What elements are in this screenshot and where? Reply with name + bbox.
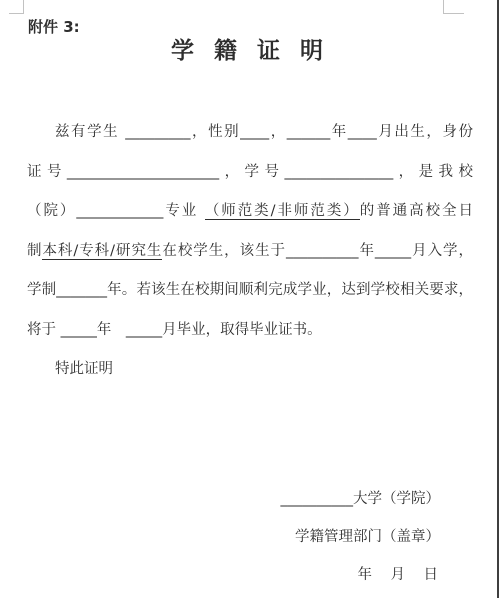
body-line-4: 制本科/专科/研究生在校学生，该生于__________年_____月入学， xyxy=(27,232,473,272)
signature-university-line: __________大学（学院） xyxy=(0,480,440,518)
certificate-page: 附件 3: 学 籍 证 明 兹有学生 _________，性别____，____… xyxy=(0,0,500,598)
document-title: 学 籍 证 明 xyxy=(0,36,500,66)
certificate-body-paragraph: 兹有学生 _________，性别____，______年____月出生，身份证… xyxy=(27,113,473,390)
text-segment: 在校学生，该生于__________年_____月入学， xyxy=(162,243,473,259)
signature-block: __________大学（学院） 学籍管理部门（盖章） 年 月 日 xyxy=(0,480,500,594)
text-segment: 兹有学生 _________，性别____，______年____月出生，身份 xyxy=(55,124,473,140)
underlined-text-segment: （师范类/非师范类） xyxy=(205,203,360,220)
body-line-3: （院）____________专业 （师范类/非师范类）的普通高校全日 xyxy=(27,192,473,232)
text-segment: 的普通高校全日 xyxy=(360,203,473,219)
text-segment: 特此证明 xyxy=(55,361,113,377)
body-line-2: 证号_____________________，学号______________… xyxy=(27,153,473,193)
text-segment: 证号_____________________，学号______________… xyxy=(27,164,473,180)
text-segment: 制 xyxy=(27,243,42,259)
text-segment: （院）____________专业 xyxy=(27,203,205,219)
body-line-6: 将于 _____年 _____月毕业，取得毕业证书。 xyxy=(27,311,473,351)
body-line-7: 特此证明 xyxy=(27,350,473,390)
signature-date-line: 年 月 日 xyxy=(0,556,440,594)
text-segment: 学制_______年。若该生在校期间顺利完成学业，达到学校相关要求， xyxy=(27,282,473,298)
underlined-text-segment: 本科/专科/研究生 xyxy=(42,243,162,260)
text-segment: 将于 _____年 _____月毕业，取得毕业证书。 xyxy=(27,322,322,338)
text-boundary-mark-top-left xyxy=(9,0,24,14)
text-boundary-mark-top-right xyxy=(443,0,464,14)
attachment-label: 附件 3: xyxy=(28,17,80,37)
body-line-1: 兹有学生 _________，性别____，______年____月出生，身份 xyxy=(27,113,473,153)
signature-department-line: 学籍管理部门（盖章） xyxy=(0,518,440,556)
body-line-5: 学制_______年。若该生在校期间顺利完成学业，达到学校相关要求， xyxy=(27,271,473,311)
